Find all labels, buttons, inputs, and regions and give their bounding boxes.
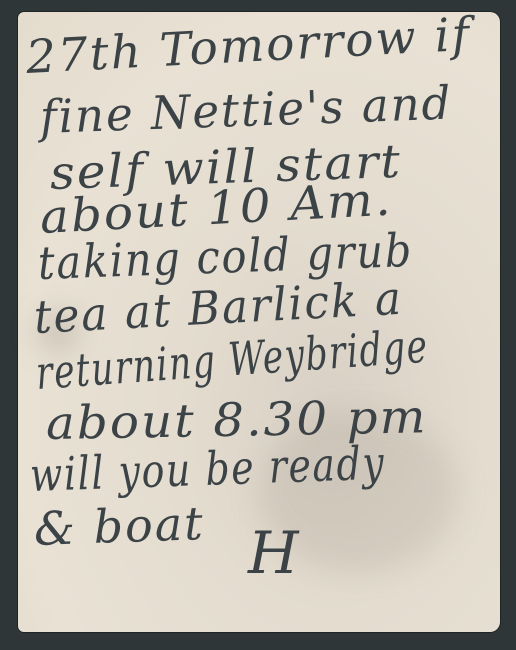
- text-line-10: & boat: [33, 500, 205, 552]
- text-line-9: will you be ready: [29, 440, 386, 498]
- signature: H: [248, 524, 299, 582]
- handwritten-card: 27th Tomorrow if fine Nettie's and self …: [18, 12, 500, 632]
- text-line-2: fine Nettie's and: [39, 80, 453, 140]
- text-line-1: 27th Tomorrow if: [25, 11, 472, 80]
